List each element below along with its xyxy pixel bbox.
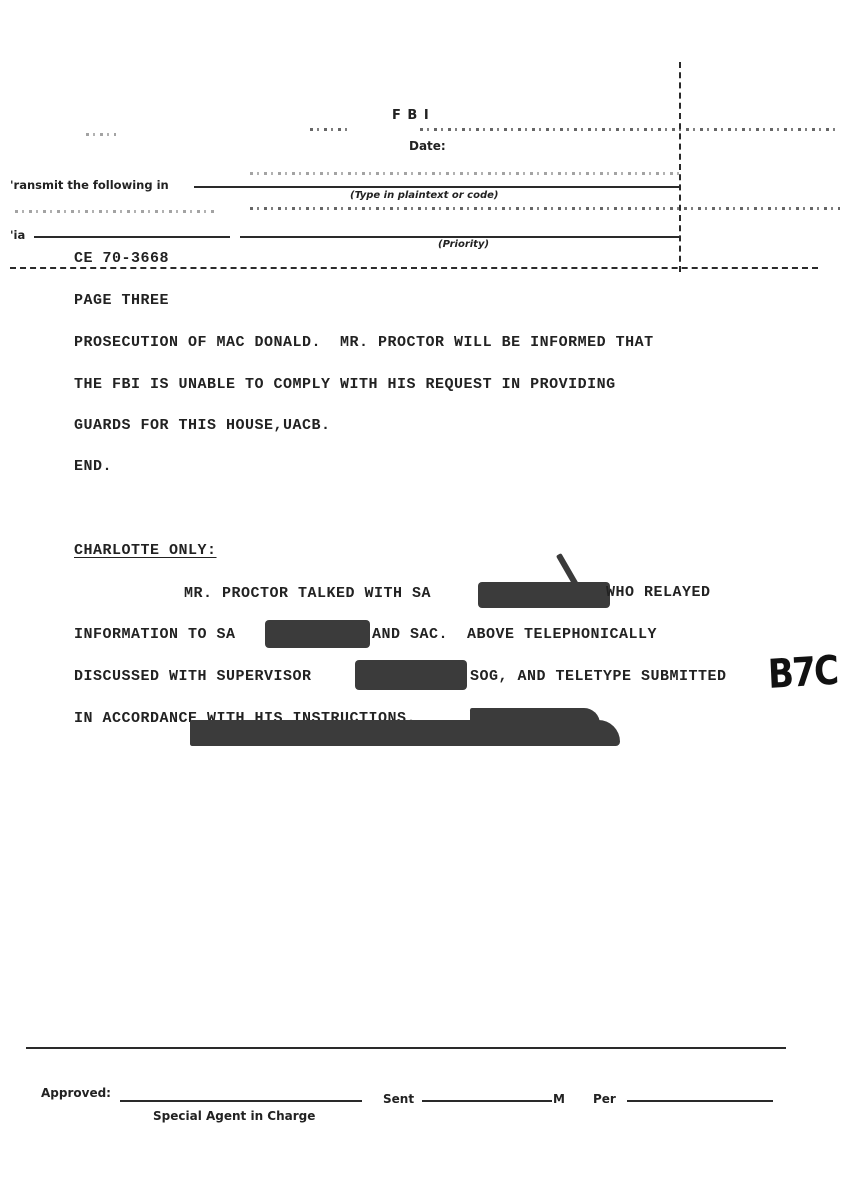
to-field-line-1: [34, 236, 230, 238]
body-line-2: THE FBI IS UNABLE TO COMPLY WITH HIS REQ…: [74, 376, 616, 393]
sent-label: Sent: [383, 1092, 414, 1106]
section-line-1: MR. PROCTOR TALKED WITH SA: [184, 584, 441, 602]
approved-signature-line: [120, 1100, 362, 1102]
type-hint: (Type in plaintext or code): [350, 190, 498, 201]
transmit-label: 'ransmit the following in: [10, 178, 169, 192]
m-label: M: [553, 1092, 565, 1106]
text-segment: SOG, AND TELETYPE SUBMITTED: [470, 668, 727, 685]
to-label: 'ia: [10, 228, 25, 242]
sent-field-line: [422, 1100, 552, 1102]
body-line-1: PROSECUTION OF MAC DONALD. MR. PROCTOR W…: [74, 334, 654, 351]
redaction-swath: [470, 708, 600, 724]
file-number: CE 70-3668: [74, 250, 169, 267]
section-line-2: INFORMATION TO SA: [74, 626, 236, 643]
text-segment: AND SAC. ABOVE TELEPHONICALLY: [372, 626, 657, 643]
per-label: Per: [593, 1092, 616, 1106]
header-divider: [10, 267, 818, 269]
scan-noise: [15, 210, 215, 213]
scan-noise: [250, 172, 680, 175]
scan-noise: [310, 128, 350, 131]
approved-label: Approved:: [41, 1086, 111, 1100]
end-label: END.: [74, 458, 112, 475]
date-label: Date:: [409, 139, 446, 153]
text-segment: MR. PROCTOR TALKED WITH SA: [184, 585, 441, 602]
priority-hint: (Priority): [438, 239, 489, 250]
scan-noise: [86, 133, 116, 136]
redaction-box: [355, 660, 467, 690]
to-field-line-2: [240, 236, 680, 238]
per-field-line: [627, 1100, 773, 1102]
page-label: PAGE THREE: [74, 292, 169, 309]
transmit-field-line: [194, 186, 680, 188]
exemption-mark: B7C: [767, 648, 838, 698]
margin-guide: [679, 62, 681, 272]
text-segment: WHO RELAYED: [606, 584, 711, 601]
footer-divider: [26, 1047, 786, 1049]
sac-label: Special Agent in Charge: [153, 1109, 315, 1123]
body-line-3: GUARDS FOR THIS HOUSE,UACB.: [74, 417, 331, 434]
illegible-line: [250, 207, 840, 210]
section-line-3: DISCUSSED WITH SUPERVISOR: [74, 668, 321, 685]
redaction-box: [478, 582, 610, 608]
redaction-box: [265, 620, 370, 648]
illegible-header-line: [420, 128, 840, 131]
agency-title: F B I: [392, 108, 430, 123]
section-heading: CHARLOTTE ONLY:: [74, 542, 217, 559]
